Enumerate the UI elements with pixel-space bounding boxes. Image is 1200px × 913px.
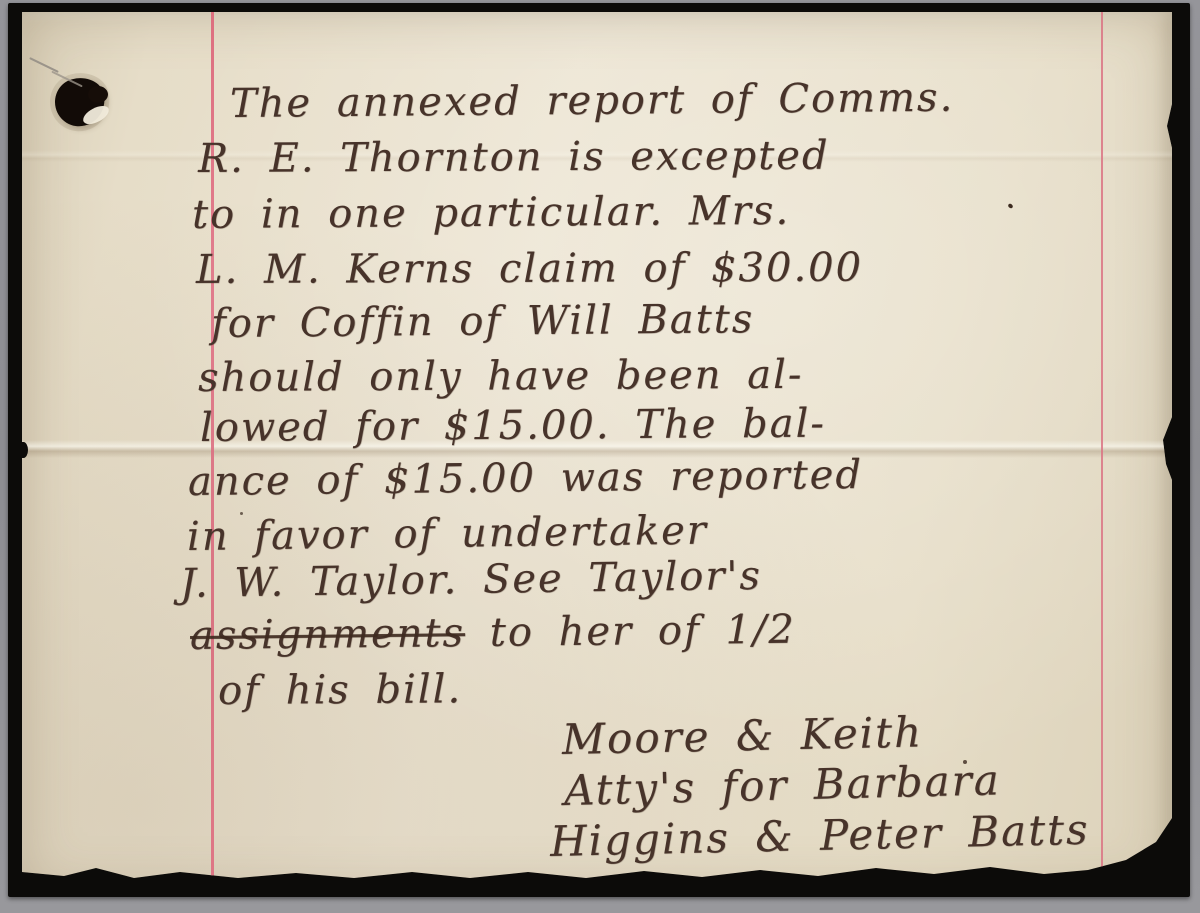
handwritten-line-5: for Coffin of Will Batts [211,299,755,344]
handwritten-line-3: to in one particular. Mrs. [192,191,790,235]
handwritten-line-12: of his bill. [218,669,462,711]
handwritten-line-1: The annexed report of Comms. [230,78,955,124]
right-margin-rule [1101,12,1103,893]
signature-firm: Moore & Keith [562,711,924,761]
struck-word: assignments [190,610,465,659]
ink-speck [1007,203,1013,209]
paper-page: The annexed report of Comms. R. E. Thorn… [22,12,1172,893]
signature-role-line-1: Atty's for Barbara [563,759,1001,812]
handwritten-line-10: J. W. Taylor. See Taylor's [180,556,762,604]
handwritten-line-4: L. M. Kerns claim of $30.00 [196,248,863,290]
handwritten-line-7: lowed for $15.00. The bal- [200,404,826,448]
paper-hole-edge [88,86,108,103]
handwritten-line-9: in favor of undertaker [187,511,708,557]
handwritten-line-8: ance of $15.00 was reported [188,455,863,502]
handwritten-line-6: should only have been al- [198,355,804,398]
line-11-rest: to her of 1/2 [465,607,796,656]
pencil-scratch [29,57,59,73]
handwritten-line-11: assignments to her of 1/2 [190,610,796,656]
scan-background: The annexed report of Comms. R. E. Thorn… [0,0,1200,913]
handwritten-line-2: R. E. Thornton is excepted [198,136,830,179]
signature-role-line-2: Higgins & Peter Batts [550,809,1090,863]
